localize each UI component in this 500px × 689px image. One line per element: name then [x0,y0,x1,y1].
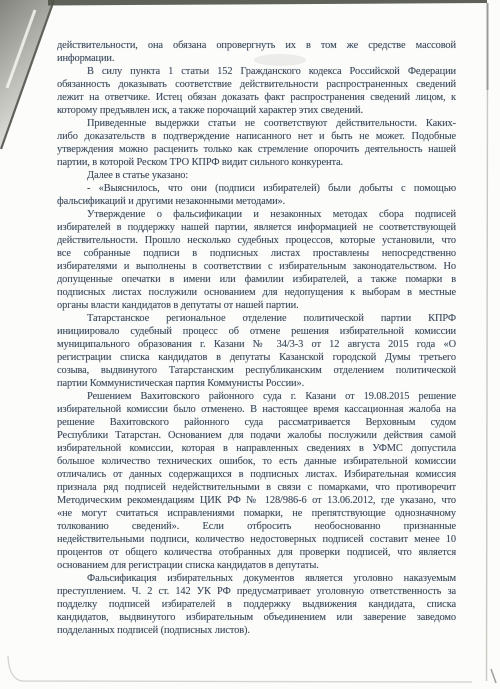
text-line: инициировало судебный процесс об отмене … [57,325,456,338]
paragraph: действительности, она обязана опровергну… [57,39,456,65]
text-line: муниципального образования г. Казани № 3… [57,338,456,351]
text-line: допущенные опечатки в имени или фамилии … [57,273,456,286]
corner-highlight-streak [7,10,35,88]
text-line: Фальсификация избирательных документов я… [57,572,456,585]
text-line: информации. [57,52,456,65]
paragraph: - «Выяснилось, что они (подписи избирате… [57,182,456,208]
bottom-page-edge [8,656,472,682]
bottom-right-mark [491,669,496,683]
text-line: Методическим рекомендациям ЦИК РФ № 128/… [57,494,456,507]
text-line: признала ряд подписей недействительными … [57,481,456,494]
text-line: Далее в статье указано: [57,169,456,182]
text-line: избирателей в поддержку нашей партии, яв… [57,221,456,234]
text-line: обязанность доказывать соответствие дейс… [57,78,456,91]
text-line: решение Вахитовского районного суда расс… [57,416,456,429]
page-corner-fold [0,0,54,148]
text-line: преступлением. Ч. 2 ст. 142 УК РФ предус… [57,585,456,598]
text-line: отличались от данных содержащихся в подп… [57,468,456,481]
text-line: партии, в которой Реском ТРО КПРФ видит … [57,156,456,169]
text-line: созыва, выдвинутого Татарстанским респуб… [57,364,456,377]
text-line: В силу пункта 1 статьи 152 Гражданского … [57,65,456,78]
text-line: подделку подписей избирателей в поддержк… [57,598,456,611]
text-line: утверждения можно расценить только как с… [57,143,456,156]
text-line: органы власти кандидатов в депутаты от н… [57,299,456,312]
text-line: которому предъявлен иск, а также порочащ… [57,104,456,117]
text-line: избирательной комиссии, которая в направ… [57,442,456,455]
text-line: действительности. Прошло несколько судеб… [57,234,456,247]
text-line: подделанных подписей (подписных листов). [57,624,456,637]
paragraph: Далее в статье указано: [57,169,456,182]
top-scan-edge [48,0,487,6]
text-line: избирателями и выполнены в соответствии … [57,260,456,273]
text-line: избирательной комиссии было отменено. В … [57,403,456,416]
paragraph: Решением Вахитовского районного суда г. … [57,390,456,572]
text-line: «не могут считаться исправлениями помарк… [57,507,456,520]
text-line: толкованию сведений». Если отбросить нео… [57,520,456,533]
text-line: процентов от общего количества отобранны… [57,546,456,559]
text-line: Решением Вахитовского районного суда г. … [57,390,456,403]
text-line: действительности, она обязана опровергну… [57,39,456,52]
text-line: либо доказательств в подтверждение напис… [57,130,456,143]
right-page-edge [487,90,488,681]
text-line: большое количество технических ошибок, т… [57,455,456,468]
paragraph: Татарстанское региональное отделение пол… [57,312,456,390]
text-line: подписных листах послужили основанием дл… [57,286,456,299]
paragraph: Утверждение о фальсификации и незаконных… [57,208,456,312]
paragraph: Фальсификация избирательных документов я… [57,572,456,637]
text-line: Татарстанское региональное отделение пол… [57,312,456,325]
text-line: лежит на ответчике. Истец обязан доказат… [57,91,456,104]
text-line: основанием для регистрации списка кандид… [57,559,456,572]
text-line: Республики Татарстан. Основанием для под… [57,429,456,442]
paragraph: Приведенные выдержки статьи не соответст… [57,117,456,169]
text-line: Приведенные выдержки статьи не соответст… [57,117,456,130]
text-line: кандидатов, выдвинутого избирательным об… [57,611,456,624]
scanned-document-page: действительности, она обязана опровергну… [0,0,500,689]
text-line: недействительными подписи, количество не… [57,533,456,546]
text-line: партии Коммунистическая партия Коммунист… [57,377,456,390]
text-line: Утверждение о фальсификации и незаконных… [57,208,456,221]
corner-fold-edge-line [1,0,54,149]
text-line: регистрации списка кандидатов в депутаты… [57,351,456,364]
document-text: действительности, она обязана опровергну… [57,39,456,637]
text-line: фальсификаций и другими незаконными мето… [57,195,456,208]
text-line: - «Выяснилось, что они (подписи избирате… [57,182,456,195]
paragraph: В силу пункта 1 статьи 152 Гражданского … [57,65,456,117]
text-line: все собранные подписи в подписных листах… [57,247,456,260]
